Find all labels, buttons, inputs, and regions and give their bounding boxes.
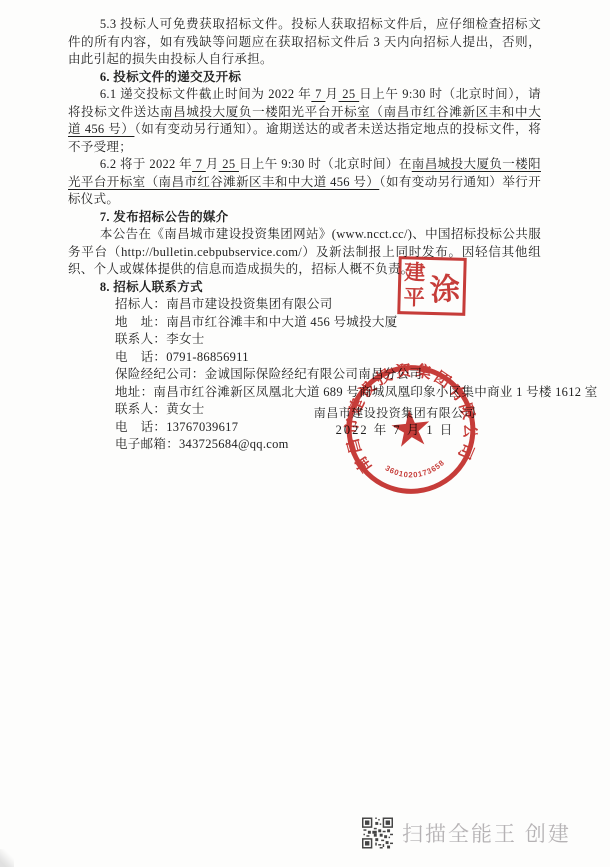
qr-code-icon [362, 816, 393, 850]
square-seal-char-bottom-left: 平 [403, 287, 425, 309]
scan-edge-artifact [0, 849, 14, 867]
clause-6-2: 6.2 将于 2022 年 7 月 25 日上午 9:30 时（北京时间）在南昌… [68, 156, 541, 209]
contact-tenderer-person: 联系人：李女士 [115, 331, 541, 349]
round-company-seal: 南昌市建设投资集团有限公司 3601020173658 [336, 356, 485, 502]
watermark-label: 扫描全能王 创建 [402, 818, 571, 848]
scanned-document-page: 5.3 投标人可免费获取招标文件。投标人获取招标文件后，应仔细检查招标文件的所有… [0, 0, 610, 867]
square-seal-char-right: 涂 [428, 260, 462, 312]
clause-6-1: 6.1 递交投标文件截止时间为 2022 年 7 月 25 日上午 9:30 时… [68, 86, 541, 156]
contact-tenderer: 招标人：南昌市建设投资集团有限公司 [115, 296, 541, 314]
clause-7-body: 本公告在《南昌城市建设投资集团网站》(www.ncct.cc/)、中国招标投标公… [68, 226, 541, 279]
square-name-seal: 涂 建 平 [397, 256, 466, 316]
heading-8: 8. 招标人联系方式 [68, 279, 541, 297]
heading-6: 6. 投标文件的递交及开标 [68, 69, 541, 87]
contact-broker-address: 地址：南昌市红谷滩新区凤凰北大道 689 号商城凤凰印象小区集中商业 1 号楼 … [115, 384, 541, 402]
contact-broker: 保险经纪公司：金诚国际保险经纪有限公司南昌分公司 [115, 366, 541, 384]
square-seal-left-column: 建 平 [403, 260, 425, 311]
seal-number-arc: 3601020173658 [383, 457, 448, 482]
star-icon [390, 408, 432, 448]
contact-tenderer-address: 地 址：南昌市红谷滩丰和中大道 456 号城投大厦 [115, 314, 541, 332]
heading-7: 7. 发布招标公告的媒介 [68, 209, 541, 227]
scanner-watermark: 扫描全能王 创建 [362, 816, 571, 850]
contact-tenderer-phone: 电 话：0791-86856911 [115, 349, 541, 367]
clause-5-3: 5.3 投标人可免费获取招标文件。投标人获取招标文件后，应仔细检查招标文件的所有… [68, 16, 541, 69]
square-seal-char-top-left: 建 [404, 262, 426, 284]
